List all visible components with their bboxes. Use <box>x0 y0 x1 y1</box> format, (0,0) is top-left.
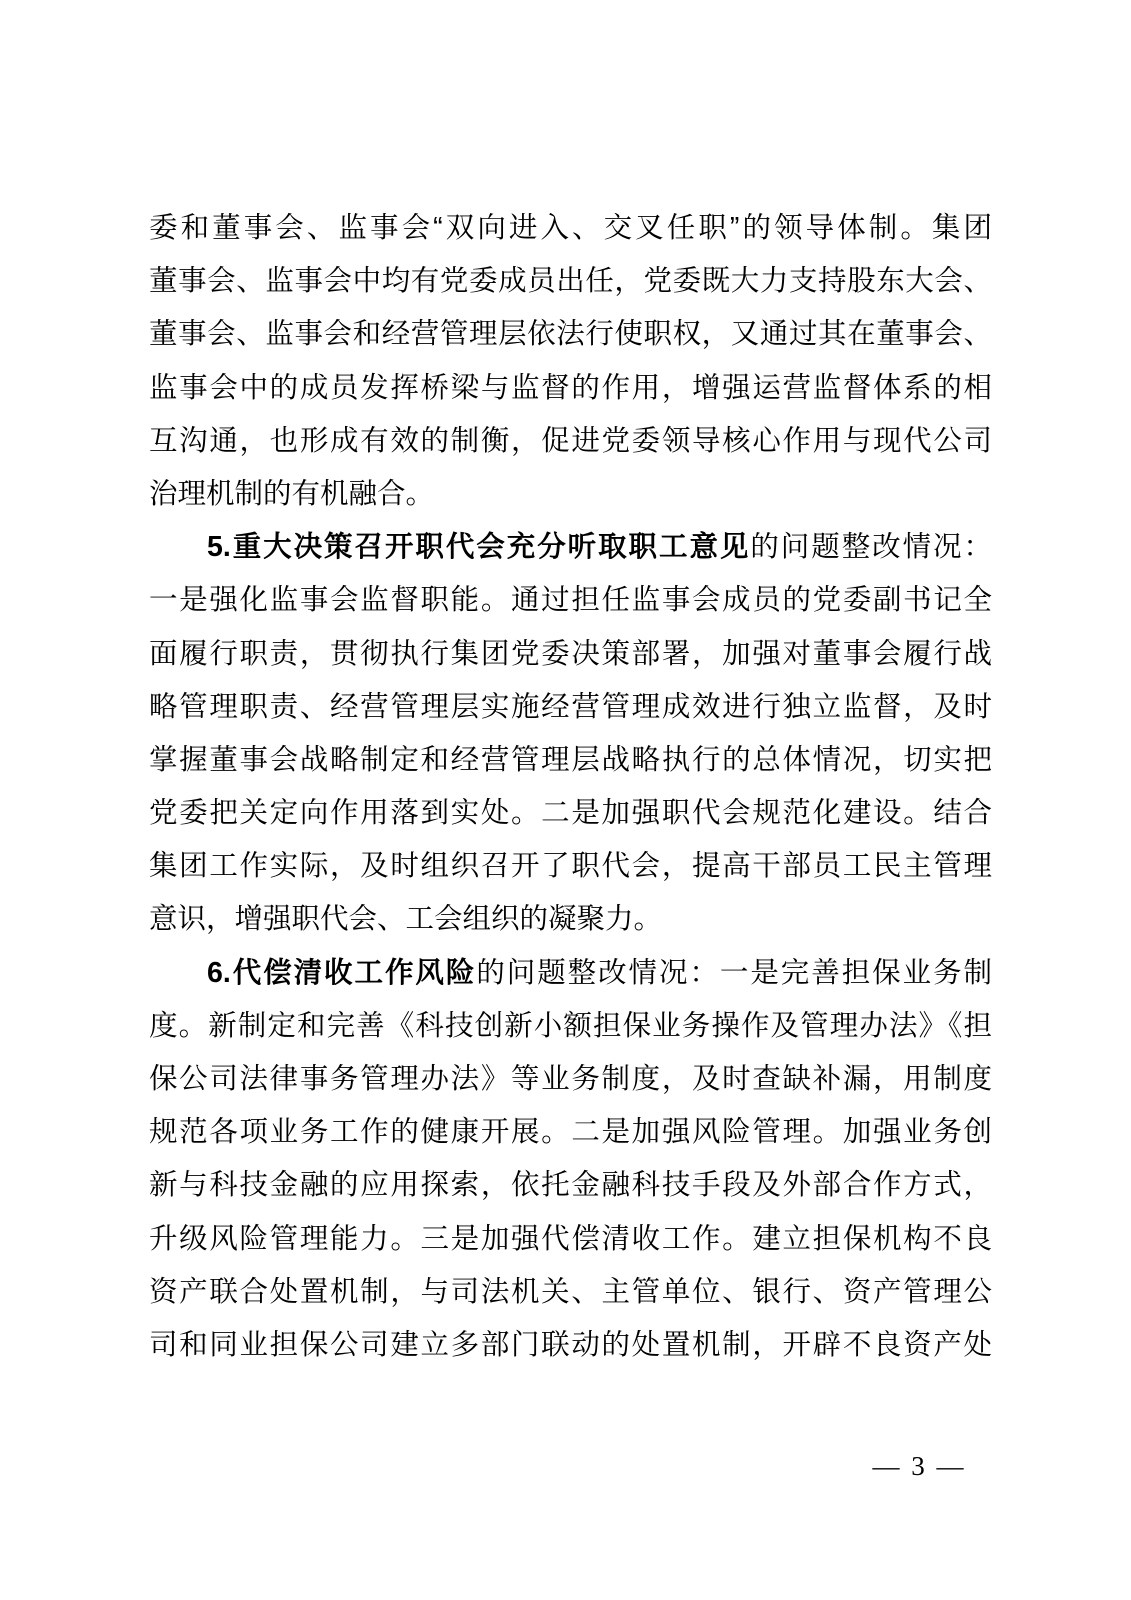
text-line: 意识，增强职代会、工会组织的凝聚力。 <box>149 893 992 946</box>
text-line: 治理机制的有机融合。 <box>149 468 992 521</box>
text-line: 面履行职责，贯彻执行集团党委决策部署，加强对董事会履行战 <box>149 628 992 681</box>
text-line: 6.代偿清收工作风险的问题整改情况：一是完善担保业务制 <box>149 947 992 1000</box>
text-line: 升级风险管理能力。三是加强代偿清收工作。建立担保机构不良 <box>149 1213 992 1266</box>
section-5-heading: 5.重大决策召开职代会充分听取职工意见 <box>207 531 750 563</box>
text-line: 互沟通，也形成有效的制衡，促进党委领导核心作用与现代公司 <box>149 415 992 468</box>
text-line: 规范各项业务工作的健康开展。二是加强风险管理。加强业务创 <box>149 1106 992 1159</box>
text-line: 度。新制定和完善《科技创新小额担保业务操作及管理办法》《担 <box>149 1000 992 1053</box>
document-body: 委和董事会、监事会“双向进入、交叉任职”的领导体制。集团 董事会、监事会中均有党… <box>149 202 992 1372</box>
text-line: 保公司法律事务管理办法》等业务制度，及时查缺补漏，用制度 <box>149 1053 992 1106</box>
text-line: 掌握董事会战略制定和经营管理层战略执行的总体情况，切实把 <box>149 734 992 787</box>
text-line: 一是强化监事会监督职能。通过担任监事会成员的党委副书记全 <box>149 574 992 627</box>
page-number: — 3 — <box>848 1446 988 1486</box>
text-line: 董事会、监事会中均有党委成员出任，党委既大力支持股东大会、 <box>149 255 992 308</box>
document-page: 委和董事会、监事会“双向进入、交叉任职”的领导体制。集团 董事会、监事会中均有党… <box>0 0 1131 1600</box>
text-line: 资产联合处置机制，与司法机关、主管单位、银行、资产管理公 <box>149 1266 992 1319</box>
text-line: 略管理职责、经营管理层实施经营管理成效进行独立监督，及时 <box>149 681 992 734</box>
text-line: 新与科技金融的应用探索，依托金融科技手段及外部合作方式， <box>149 1159 992 1212</box>
text-line: 董事会、监事会和经营管理层依法行使职权，又通过其在董事会、 <box>149 308 992 361</box>
section-6-heading: 6.代偿清收工作风险 <box>207 957 476 989</box>
text-line: 集团工作实际，及时组织召开了职代会，提高干部员工民主管理 <box>149 840 992 893</box>
text-line: 委和董事会、监事会“双向进入、交叉任职”的领导体制。集团 <box>149 202 992 255</box>
section-6-heading-suffix: 的问题整改情况：一是完善担保业务制 <box>476 957 992 989</box>
section-5-heading-suffix: 的问题整改情况： <box>750 531 992 563</box>
text-line: 司和同业担保公司建立多部门联动的处置机制，开辟不良资产处 <box>149 1319 992 1372</box>
text-line: 5.重大决策召开职代会充分听取职工意见的问题整改情况： <box>149 521 992 574</box>
text-line: 党委把关定向作用落到实处。二是加强职代会规范化建设。结合 <box>149 787 992 840</box>
text-line: 监事会中的成员发挥桥梁与监督的作用，增强运营监督体系的相 <box>149 362 992 415</box>
